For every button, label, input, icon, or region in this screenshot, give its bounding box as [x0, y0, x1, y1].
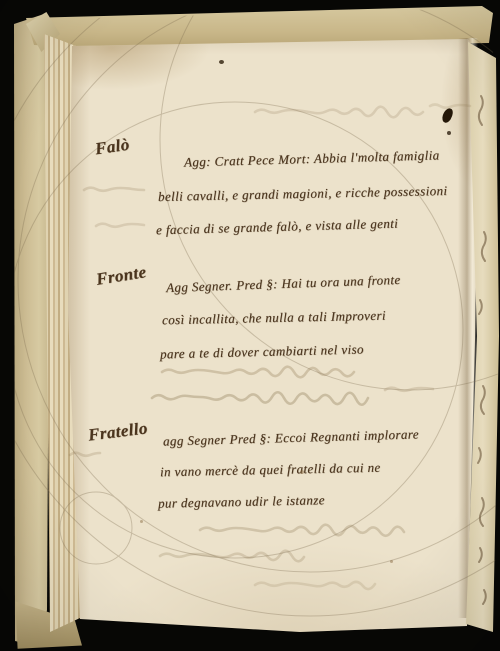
foxing-spot [300, 470, 304, 474]
foxing-spot [390, 560, 393, 563]
watermark-circle-arcs [0, 0, 500, 616]
manuscript-photo: Falò Agg: Cratt Pece Mort: Abbia l'molta… [0, 0, 500, 651]
adjacent-page-partial-writing [478, 96, 486, 604]
foxing-spot [140, 520, 143, 523]
